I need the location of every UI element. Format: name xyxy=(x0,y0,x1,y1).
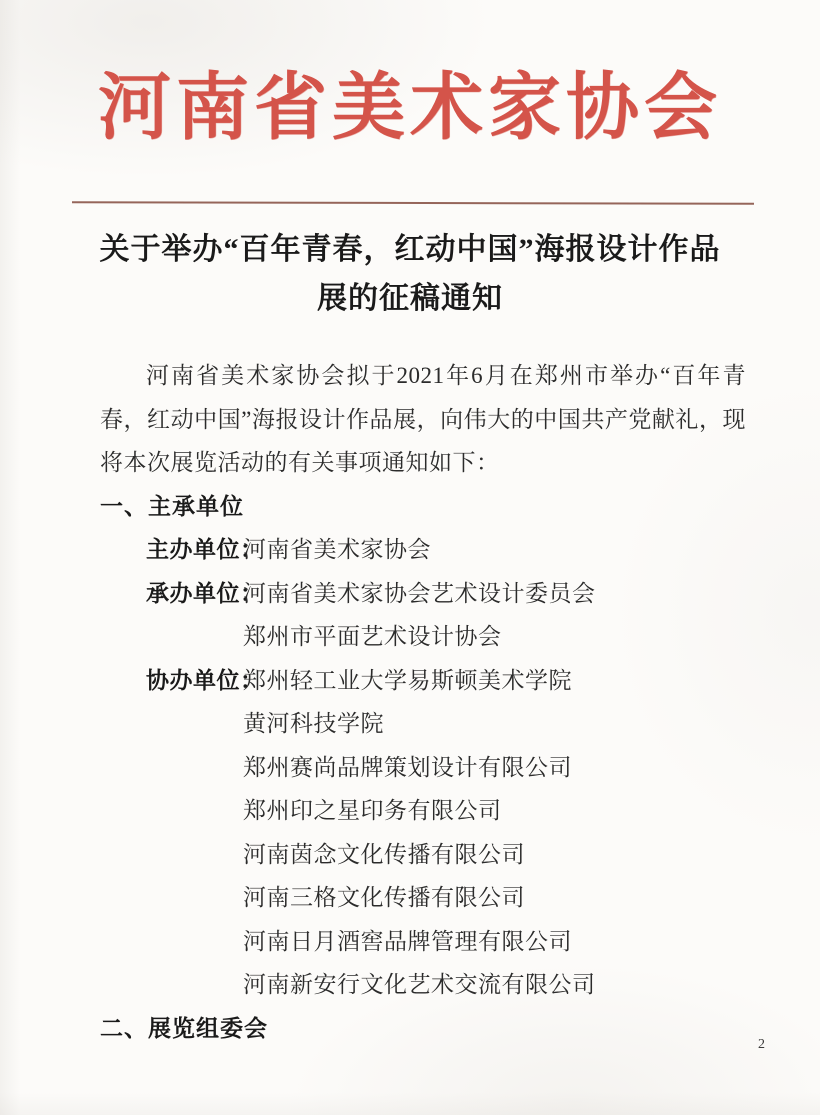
unit-row: 河南日月酒窖品牌管理有限公司 xyxy=(146,920,820,964)
letterhead-rule xyxy=(72,201,754,204)
document-title-line1: 关于举办“百年青春，红动中国”海报设计作品 xyxy=(0,225,820,274)
unit-name: 河南日月酒窖品牌管理有限公司 xyxy=(243,920,820,964)
unit-name: 郑州轻工业大学易斯顿美术学院 xyxy=(243,659,820,703)
unit-name: 河南省美术家协会 xyxy=(243,528,820,572)
page-number: 2 xyxy=(758,1037,765,1053)
unit-name: 河南茵念文化传播有限公司 xyxy=(243,833,820,877)
unit-row: 承办单位： 河南省美术家协会艺术设计委员会 xyxy=(146,572,820,616)
unit-name: 河南新安行文化艺术交流有限公司 xyxy=(243,963,820,1007)
unit-name: 河南三格文化传播有限公司 xyxy=(243,876,820,920)
letterhead-org-name: 河南省美术家协会 xyxy=(0,0,820,160)
unit-row: 主办单位： 河南省美术家协会 xyxy=(146,528,820,572)
unit-label-spacer xyxy=(146,920,243,964)
unit-label-spacer xyxy=(146,615,243,659)
unit-label: 协办单位： xyxy=(146,659,243,703)
document-title: 关于举办“百年青春，红动中国”海报设计作品 展的征稿通知 xyxy=(0,225,820,323)
unit-name: 黄河科技学院 xyxy=(243,702,820,746)
document-title-line2: 展的征稿通知 xyxy=(0,274,820,323)
unit-label-spacer xyxy=(146,702,243,746)
unit-row: 郑州市平面艺术设计协会 xyxy=(146,615,820,659)
unit-name: 郑州市平面艺术设计协会 xyxy=(243,615,820,659)
unit-label-spacer xyxy=(146,789,243,833)
unit-label-spacer xyxy=(146,876,243,920)
intro-paragraph: 河南省美术家协会拟于2021年6月在郑州市举办“百年青春，红动中国”海报设计作品… xyxy=(100,354,746,485)
unit-row: 黄河科技学院 xyxy=(146,702,820,746)
unit-row: 郑州赛尚品牌策划设计有限公司 xyxy=(146,746,820,790)
unit-label-spacer xyxy=(146,833,243,877)
unit-name: 郑州赛尚品牌策划设计有限公司 xyxy=(243,746,820,790)
unit-name: 河南省美术家协会艺术设计委员会 xyxy=(243,572,820,616)
unit-label: 承办单位： xyxy=(146,572,243,616)
unit-label-spacer xyxy=(146,746,243,790)
section-heading-2: 二、展览组委会 xyxy=(100,1007,820,1051)
unit-row: 河南新安行文化艺术交流有限公司 xyxy=(146,963,820,1007)
unit-label: 主办单位： xyxy=(146,528,243,572)
scanned-notice-page: 河南省美术家协会 关于举办“百年青春，红动中国”海报设计作品 展的征稿通知 河南… xyxy=(0,0,820,1115)
unit-row: 河南三格文化传播有限公司 xyxy=(146,876,820,920)
organizer-units-list: 主办单位： 河南省美术家协会 承办单位： 河南省美术家协会艺术设计委员会 郑州市… xyxy=(146,528,820,1007)
unit-name: 郑州印之星印务有限公司 xyxy=(243,789,820,833)
section-heading-1: 一、主承单位 xyxy=(100,485,820,529)
unit-row: 河南茵念文化传播有限公司 xyxy=(146,833,820,877)
unit-row: 郑州印之星印务有限公司 xyxy=(146,789,820,833)
unit-label-spacer xyxy=(146,963,243,1007)
unit-row: 协办单位： 郑州轻工业大学易斯顿美术学院 xyxy=(146,659,820,703)
